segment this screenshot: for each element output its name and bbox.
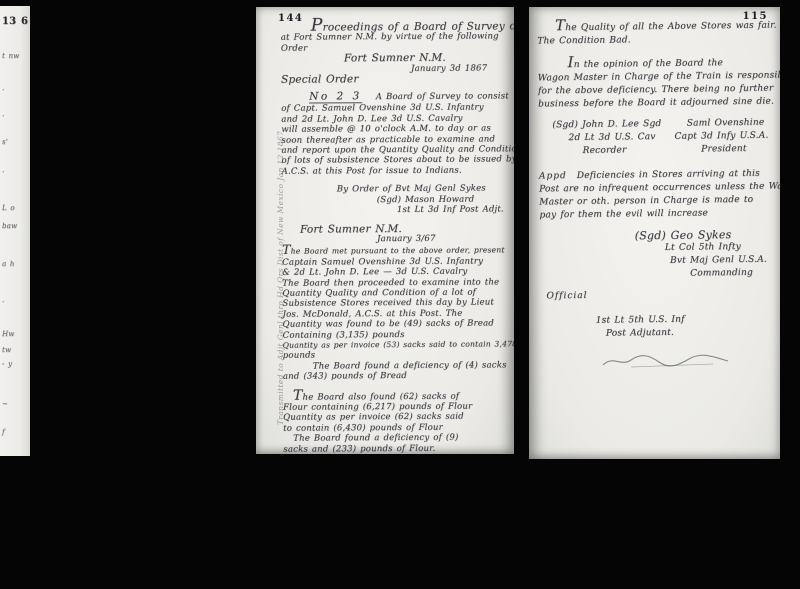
left-page: 144 Transmitted to Adjt Genl thro Hd Qrs… (256, 7, 514, 454)
manuscript-line: Quantity as per invoice (53) sacks said … (283, 339, 511, 351)
manuscript-line: The Condition Bad. (537, 33, 773, 49)
edge-fragment: f (2, 428, 5, 436)
edge-fragment: · (2, 112, 4, 120)
manuscript-line: Bvt Maj Genl U.S.A. (670, 254, 776, 268)
right-page: 115 The Quality of all the Above Stores … (529, 7, 780, 459)
left-page-text: Proceedings of a Board of Survey convene… (281, 19, 512, 454)
manuscript-line: Subsistence Stores received this day by … (282, 298, 510, 310)
edge-fragment: ~ (2, 400, 8, 408)
right-page-text: The Quality of all the Above Stores was … (537, 17, 777, 342)
manuscript-line: Quantity was found to be (49) sacks of B… (283, 318, 511, 330)
manuscript-line: A.C.S. at this Post for issue to Indians… (282, 165, 510, 177)
manuscript-line: of Capt. Samuel Ovenshine 3d U.S. Infant… (281, 103, 509, 115)
manuscript-line: By Order of Bvt Maj Genl Sykes (337, 184, 510, 195)
manuscript-line: Official (546, 288, 776, 304)
edge-fragment: · (2, 298, 4, 306)
manuscript-line: business before the Board it adjourned s… (538, 96, 774, 112)
manuscript-line: A Board of Survey to consist (376, 92, 509, 103)
manuscript-line: No 2 3 (309, 92, 362, 104)
manuscript-line: Commanding (690, 267, 776, 281)
manuscript-line: Post Adjutant. (606, 326, 777, 341)
edge-fragment: t nw (2, 52, 19, 60)
previous-page-edge: 13 6t nw··s'·L obawa h·Hwtw- y~f (0, 6, 30, 456)
edge-fragment: 13 6 (2, 16, 28, 27)
edge-fragment: · (2, 86, 4, 94)
manuscript-line: pay for them the evil will increase (539, 207, 775, 223)
manuscript-line: of lots of subsistence Stores about to b… (282, 155, 510, 167)
edge-fragment: a h (2, 260, 15, 268)
manuscript-line: and (343) pounds of Bread (283, 370, 511, 382)
edge-fragment: - y (2, 360, 12, 368)
manuscript-line: sacks and (233) pounds of Flour. (283, 443, 511, 454)
edge-fragment: baw (2, 222, 17, 230)
edge-fragment: s' (2, 138, 8, 146)
manuscript-line: The Board met pursuant to the above orde… (282, 244, 510, 258)
manuscript-line: January 3d 1867 (411, 63, 509, 74)
manuscript-line: Appd (539, 170, 567, 183)
manuscript-line: 1st Lt 3d Inf Post Adjt. (397, 204, 510, 215)
document-scan: 13 6t nw··s'·L obawa h·Hwtw- y~f 144 Tra… (0, 0, 800, 589)
edge-fragment: tw (2, 346, 11, 354)
signature-scrawl-icon (601, 353, 731, 369)
manuscript-line: at Fort Sumner N.M. by virtue of the fol… (281, 32, 509, 44)
manuscript-line: The Board found a deficiency of (4) sack… (313, 360, 511, 372)
edge-fragment: · (2, 168, 4, 176)
edge-fragment: Hw (2, 330, 15, 338)
manuscript-line: The Quality of all the Above Stores was … (555, 17, 773, 36)
manuscript-line: Special Order (281, 73, 509, 85)
edge-fragment: L o (2, 204, 15, 212)
